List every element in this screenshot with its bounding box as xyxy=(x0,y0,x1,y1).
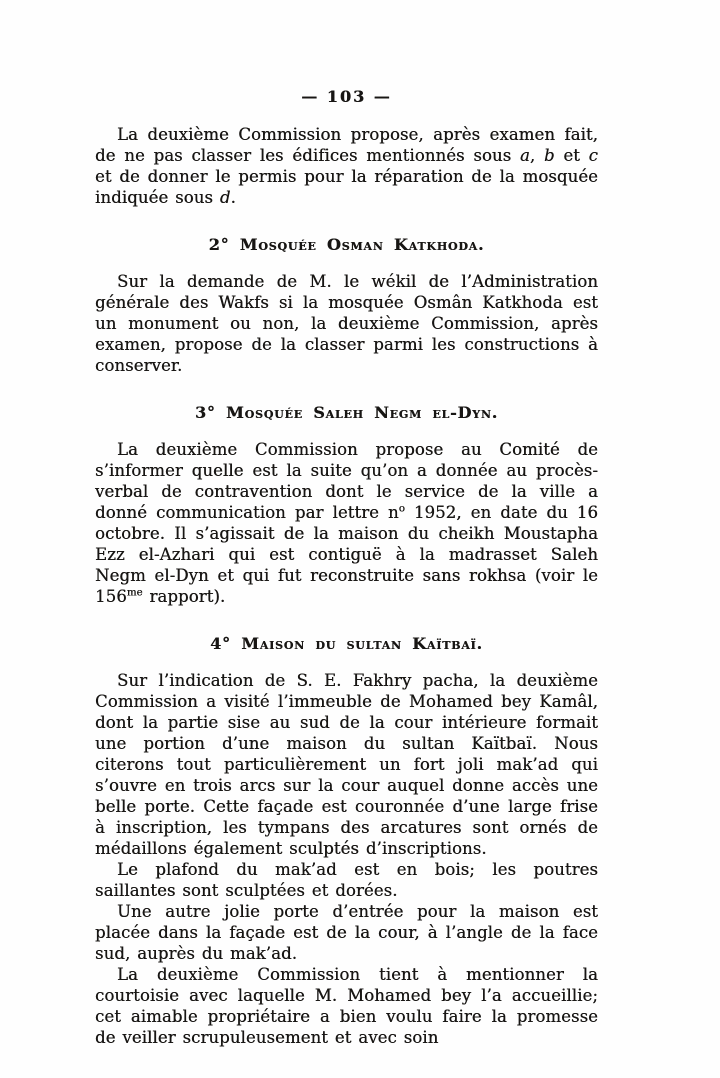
section-heading-mosquee-saleh-negm-el-dyn: 3° Mosquée Saleh Negm el-Dyn. xyxy=(95,402,598,423)
text-block: — 103 — La deuxième Commission propose, … xyxy=(95,86,598,1048)
page-number: — 103 — xyxy=(95,86,598,107)
paragraph-plafond-makad: Le plafond du mak’ad est en bois; les po… xyxy=(95,859,598,901)
paragraph-classement-edifices: La deuxième Commission propose, après ex… xyxy=(95,124,598,208)
paragraph-osman-katkhoda: Sur la demande de M. le wékil de l’Admin… xyxy=(95,271,598,376)
section-heading-mosquee-osman-katkhoda: 2° Mosquée Osman Katkhoda. xyxy=(95,234,598,255)
paragraph-maison-kaitbai-description: Sur l’indication de S. E. Fakhry pacha, … xyxy=(95,670,598,859)
paragraph-courtoisie-mohamed-bey: La deuxième Commission tient à mentionne… xyxy=(95,964,598,1048)
paragraph-saleh-negm-el-dyn: La deuxième Commission propose au Comité… xyxy=(95,439,598,607)
section-heading-maison-sultan-kaitbai: 4° Maison du sultan Kaïtbaï. xyxy=(95,633,598,654)
scanned-document-page: — 103 — La deuxième Commission propose, … xyxy=(0,0,720,1078)
paragraph-porte-entree: Une autre jolie porte d’entrée pour la m… xyxy=(95,901,598,964)
